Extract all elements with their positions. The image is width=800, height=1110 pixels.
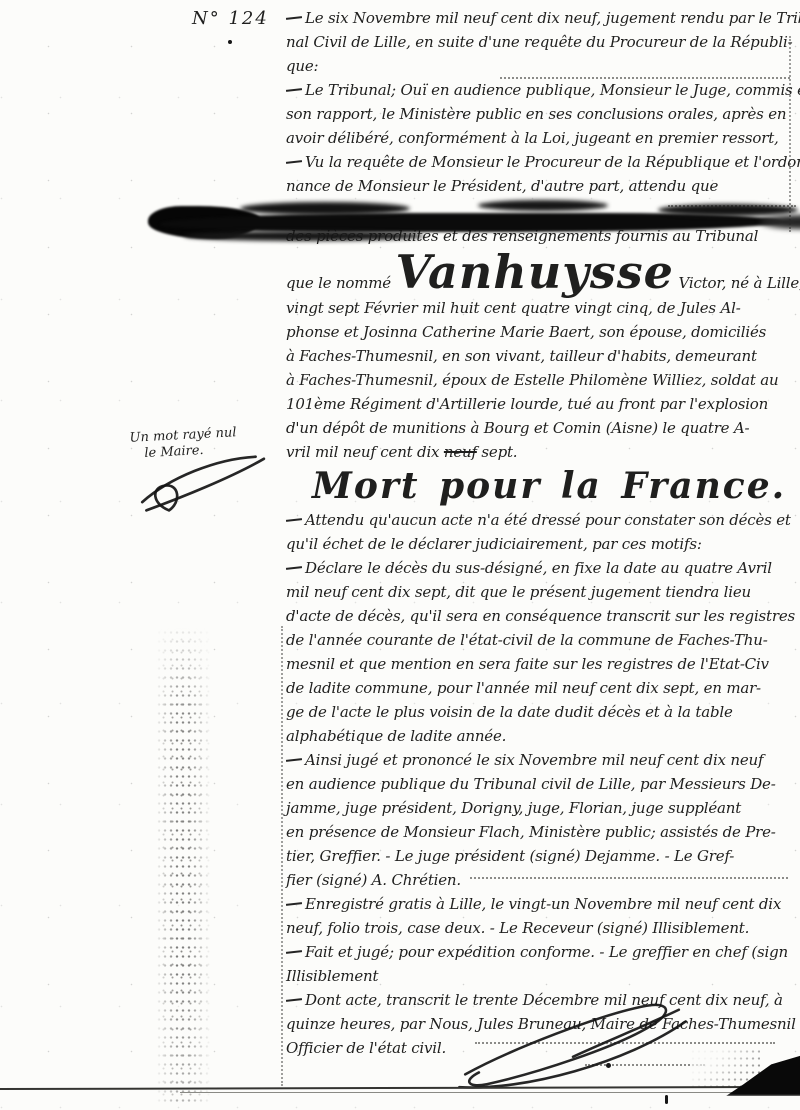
ink-smudge-blob (184, 231, 424, 241)
text-segment: d'acte de décès, qu'il sera en conséquen… (286, 607, 795, 625)
text-segment: Attendu qu'aucun acte n'a été dressé pou… (305, 511, 791, 529)
text-line: Attendu qu'aucun acte n'a été dressé pou… (286, 508, 798, 532)
paragraph-lead-stroke (286, 902, 302, 906)
text-segment: neuf, folio trois, case deux. - Le Recev… (286, 919, 749, 937)
judgment-body-text: Le six Novembre mil neuf cent dix neuf, … (286, 6, 798, 1060)
text-line: fier (signé) A. Chrétien. (286, 868, 798, 892)
text-line: mil neuf cent dix sept, dit que le prése… (286, 580, 798, 604)
text-line: à Faches-Thumesnil, en son vivant, taill… (286, 344, 798, 368)
text-line: avoir délibéré, conformément à la Loi, j… (286, 126, 798, 150)
text-segment: Fait et jugé; pour expédition conforme. … (305, 943, 788, 961)
text-segment: Le Tribunal; Ouï en audience publique, M… (305, 81, 800, 99)
surname-line: que le nommé Vanhuysse Victor, né à Lill… (286, 248, 798, 296)
text-segment: vingt sept Février mil huit cent quatre … (286, 299, 741, 317)
text-line: phonse et Josinna Catherine Marie Baert,… (286, 320, 798, 344)
text-line: 101ème Régiment d'Artillerie lourde, tué… (286, 392, 798, 416)
text-segment: phonse et Josinna Catherine Marie Baert,… (286, 323, 766, 341)
text-segment: d'un dépôt de munitions à Bourg et Comin… (286, 419, 749, 437)
surname-vanhuysse: Vanhuysse (396, 245, 674, 299)
text-line: de l'année courante de l'état-civil de l… (286, 628, 798, 652)
text-line: Le Tribunal; Ouï en audience publique, M… (286, 78, 798, 102)
text-line: tier, Greffier. - Le juge président (sig… (286, 844, 798, 868)
text-segment: son rapport, le Ministère public en ses … (286, 105, 786, 123)
text-segment: Victor, né à Lille, le (674, 274, 800, 292)
text-segment: jamme, juge président, Dorigny, juge, Fl… (286, 799, 741, 817)
ink-dot (606, 1063, 611, 1068)
text-line: Le six Novembre mil neuf cent dix neuf, … (286, 6, 798, 30)
text-line: nal Civil de Lille, en suite d'une requê… (286, 30, 798, 54)
text-line: vingt sept Février mil huit cent quatre … (286, 296, 798, 320)
paragraph-lead-stroke (286, 998, 302, 1002)
ink-smudge-blob (240, 202, 410, 215)
text-line: mesnil et que mention en sera faite sur … (286, 652, 798, 676)
text-segment: Ainsi jugé et prononcé le six Novembre m… (305, 751, 763, 769)
text-line: Déclare le décès du sus-désigné, en fixe… (286, 556, 798, 580)
text-line: en présence de Monsieur Flach, Ministère… (286, 820, 798, 844)
ink-smudge-band (148, 200, 800, 246)
text-segment: avoir délibéré, conformément à la Loi, j… (286, 129, 779, 147)
paragraph-lead-stroke (286, 518, 302, 522)
text-segment: Déclare le décès du sus-désigné, en fixe… (305, 559, 772, 577)
text-segment: Illisiblement (286, 967, 378, 985)
text-line: d'acte de décès, qu'il sera en conséquen… (286, 604, 798, 628)
paragraph-lead-stroke (286, 88, 302, 92)
text-segment: que: (286, 57, 318, 75)
text-segment: Officier de l'état civil. (286, 1039, 446, 1057)
text-segment: qu'il échet de le déclarer judiciairemen… (286, 535, 702, 553)
text-segment: ge de l'acte le plus voisin de la date d… (286, 703, 733, 721)
fold-shadow-speckles (156, 628, 210, 1104)
text-segment: mil neuf cent dix sept, dit que le prése… (286, 583, 751, 601)
text-line: Enregistré gratis à Lille, le vingt-un N… (286, 892, 798, 916)
text-line: Ainsi jugé et prononcé le six Novembre m… (286, 748, 798, 772)
text-segment: Le six Novembre mil neuf cent dix neuf, … (305, 9, 800, 27)
paragraph-lead-stroke (286, 758, 302, 762)
text-line: ge de l'acte le plus voisin de la date d… (286, 700, 798, 724)
text-line: nance de Monsieur le Président, d'autre … (286, 174, 798, 198)
text-segment: sept. (477, 443, 518, 461)
text-segment: en audience publique du Tribunal civil d… (286, 775, 776, 793)
ink-smudge-blob (658, 204, 798, 216)
act-number: N° 124 (192, 8, 269, 29)
mayor-margin-signature-flourish (134, 448, 268, 516)
paragraph-lead-stroke (286, 16, 302, 20)
paragraph-lead-stroke (286, 160, 302, 164)
ink-dot (665, 1095, 668, 1104)
paragraph-lead-stroke (286, 950, 302, 954)
text-line: en audience publique du Tribunal civil d… (286, 772, 798, 796)
text-line: d'un dépôt de munitions à Bourg et Comin… (286, 416, 798, 440)
text-segment: fier (signé) A. Chrétien. (286, 871, 461, 889)
text-line: jamme, juge président, Dorigny, juge, Fl… (286, 796, 798, 820)
text-line: qu'il échet de le déclarer judiciairemen… (286, 532, 798, 556)
text-segment: Enregistré gratis à Lille, le vingt-un N… (305, 895, 781, 913)
text-segment: 101ème Régiment d'Artillerie lourde, tué… (286, 395, 768, 413)
text-line: alphabétique de ladite année. (286, 724, 798, 748)
text-segment: à Faches-Thumesnil, en son vivant, taill… (286, 347, 757, 365)
scanned-death-judgment-page: N° 124 Le six Novembre mil neuf cent dix… (0, 0, 800, 1110)
text-segment: à Faches-Thumesnil, époux de Estelle Phi… (286, 371, 778, 389)
text-segment: Mort pour la France. (312, 465, 786, 507)
text-segment: de ladite commune, pour l'année mil neuf… (286, 679, 761, 697)
text-line: neuf, folio trois, case deux. - Le Recev… (286, 916, 798, 940)
text-segment: nance de Monsieur le Président, d'autre … (286, 177, 718, 195)
text-line: Fait et jugé; pour expédition conforme. … (286, 940, 798, 964)
text-line: que: (286, 54, 798, 78)
text-segment: Vu la requête de Monsieur le Procureur d… (305, 153, 800, 171)
text-segment: vril mil neuf cent dix (286, 443, 444, 461)
text-segment: de l'année courante de l'état-civil de l… (286, 631, 768, 649)
text-segment: alphabétique de ladite année. (286, 727, 506, 745)
ink-dot (228, 40, 232, 44)
text-segment: que le nommé (286, 274, 396, 292)
text-segment: neuf (444, 443, 477, 461)
text-segment: en présence de Monsieur Flach, Ministère… (286, 823, 776, 841)
ink-smudge-blob (478, 200, 608, 211)
text-line: de ladite commune, pour l'année mil neuf… (286, 676, 798, 700)
text-line: à Faches-Thumesnil, époux de Estelle Phi… (286, 368, 798, 392)
mort-pour-la-france-heading: Mort pour la France. (286, 464, 798, 508)
text-segment: mesnil et que mention en sera faite sur … (286, 655, 769, 673)
paragraph-lead-stroke (286, 566, 302, 570)
text-line: son rapport, le Ministère public en ses … (286, 102, 798, 126)
page-edge-line (180, 1092, 800, 1093)
mayor-signature-flourish (452, 996, 694, 1094)
ink-smudge-blob (160, 213, 782, 232)
text-segment: nal Civil de Lille, en suite d'une requê… (286, 33, 792, 51)
fold-dashed-line (281, 626, 283, 1086)
text-segment: tier, Greffier. - Le juge président (sig… (286, 847, 734, 865)
text-line: Illisiblement (286, 964, 798, 988)
text-line: Vu la requête de Monsieur le Procureur d… (286, 150, 798, 174)
text-line: vril mil neuf cent dix neuf sept. (286, 440, 798, 464)
